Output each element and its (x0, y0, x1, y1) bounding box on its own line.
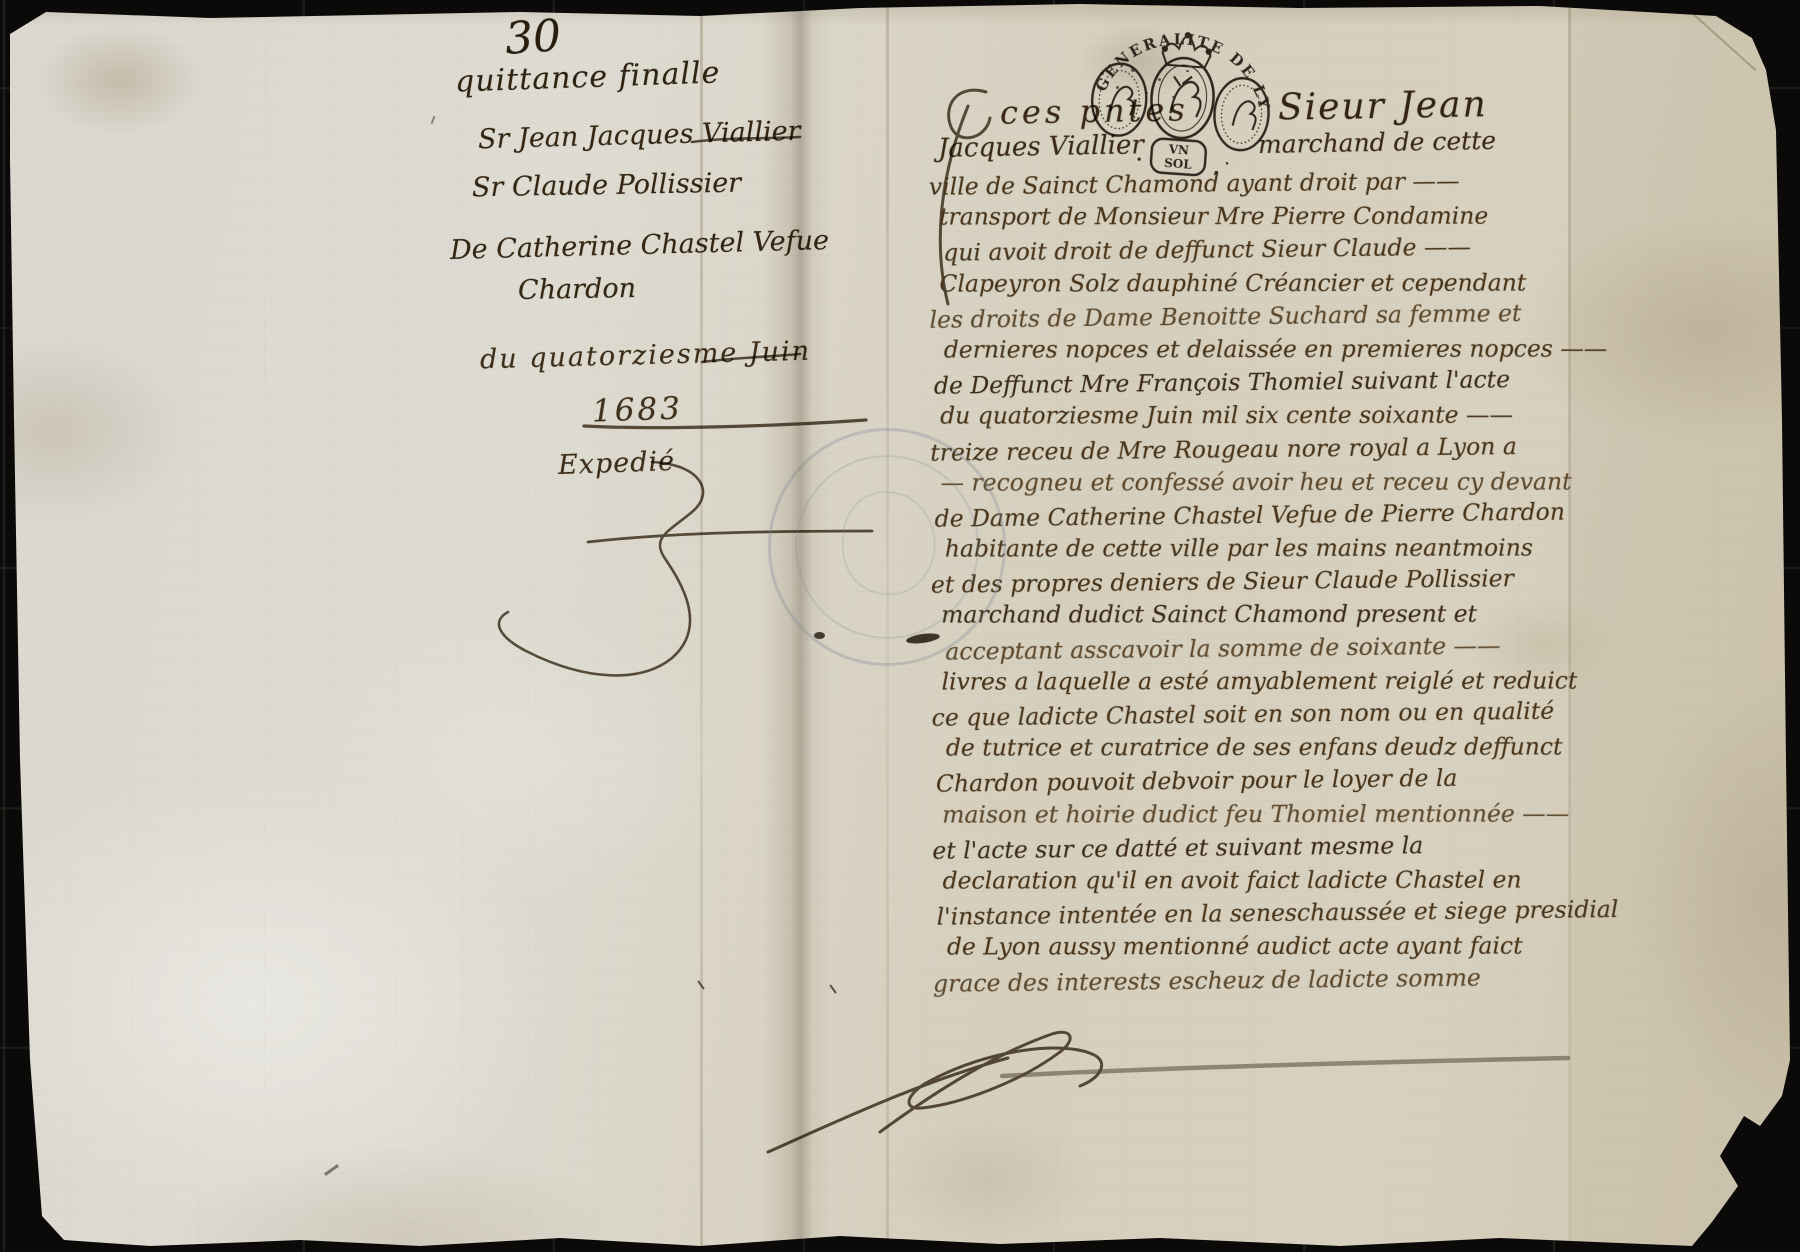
body-line: maison et hoirie dudict feu Thomiel ment… (942, 799, 1584, 833)
ink-speck (1116, 86, 1119, 89)
body-line: qui avoit droit de deffunct Sieur Claude… (943, 232, 1581, 272)
manuscript-document: 30 quittance finalle Sr Jean Jacques Via… (0, 0, 1800, 1252)
docket-date-line: du quatorziesme Juin (480, 336, 812, 376)
party-line-3: De Catherine Chastel Vefue (450, 225, 830, 266)
body-line: dernieres nopces et delaissée en premier… (944, 334, 1582, 368)
pen-tick (431, 116, 436, 124)
body-line: de tutrice et curatrice de ses enfans de… (946, 733, 1584, 767)
docket-year: 1683 (591, 390, 683, 429)
body-line: les droits de Dame Benoitte Suchard sa f… (929, 298, 1581, 339)
body-line: l'instance intentée en la seneschaussée … (937, 895, 1585, 936)
body-line: de Deffunct Mre François Thomiel suivant… (934, 364, 1582, 405)
back-leaf-edge (1570, 10, 1792, 1246)
body-line: du quatorziesme Juin mil six cente soixa… (940, 401, 1582, 435)
body-line: acceptant asscavoir la somme de soixante… (945, 630, 1583, 670)
top-edge-shadow (0, 0, 1800, 26)
party-line-2: Sr Claude Pollissier (472, 168, 742, 204)
ink-speck (1158, 78, 1161, 81)
body-line: Clapeyron Solz dauphiné Créancier et cep… (939, 268, 1581, 302)
ink-blot-small (814, 632, 825, 639)
body-line: habitante de cette ville par les mains n… (945, 533, 1583, 567)
ink-speck (1100, 72, 1104, 75)
party-line-4: Chardon (518, 273, 637, 306)
dog-ear-crease (1687, 8, 1757, 71)
body-line: et l'acte sur ce datté et suivant mesme … (932, 829, 1584, 870)
docket-expedie-note: Expedié (557, 446, 675, 481)
body-line: ce que ladicte Chastel soit en son nom o… (932, 696, 1584, 737)
party-line-1: Sr Jean Jacques Viallier (478, 116, 801, 155)
body-line: — recogneu et confessé avoir heu et rece… (940, 467, 1582, 501)
body-line: livres a laquelle a esté amyablement rei… (941, 666, 1583, 700)
pen-tick (829, 984, 836, 993)
opening-words: ces pntes (1000, 90, 1189, 131)
photo-background: 30 quittance finalle Sr Jean Jacques Via… (0, 0, 1800, 1252)
docket-page-number: 30 (503, 10, 562, 65)
ink-speck (1145, 92, 1148, 94)
stamp-value-vn: VN (1167, 142, 1189, 157)
body-line: Chardon pouvoit debvoir pour le loyer de… (936, 763, 1584, 804)
body-line: de Dame Catherine Chastel Vefue de Pierr… (934, 497, 1582, 538)
pen-tick (697, 980, 704, 989)
body-line: transport de Monsieur Mre Pierre Condami… (939, 202, 1581, 236)
line2-left: Jacques Viallier (938, 130, 1144, 164)
vertical-crease-right-page (886, 0, 889, 1252)
ink-speck (1131, 68, 1135, 72)
ink-speck (1186, 70, 1189, 72)
body-line: marchand dudict Sainct Chamond present e… (941, 600, 1583, 634)
deed-body-text: ville de Sainct Chamond ayant droit par … (933, 167, 1585, 1000)
ink-speck (1172, 96, 1174, 98)
center-fold-crease (762, 0, 832, 1252)
line2-right: marchand de cette (1258, 126, 1497, 159)
body-line: treize receu de Mre Rougeau nore royal a… (930, 431, 1582, 472)
body-line: grace des interests escheuz de ladicte s… (933, 962, 1585, 1003)
ink-speck (1109, 104, 1112, 107)
opening-addressee: Sieur Jean (1278, 84, 1488, 129)
body-line: de Lyon aussy mentionné audict acte ayan… (947, 932, 1585, 966)
docket-title: quittance finalle (454, 55, 720, 99)
body-line: et des propres deniers de Sieur Claude P… (931, 564, 1583, 605)
body-line: ville de Sainct Chamond ayant droit par … (929, 165, 1581, 206)
pen-tick (324, 1164, 339, 1176)
body-line: declaration qu'il en avoit faict ladicte… (943, 865, 1585, 899)
